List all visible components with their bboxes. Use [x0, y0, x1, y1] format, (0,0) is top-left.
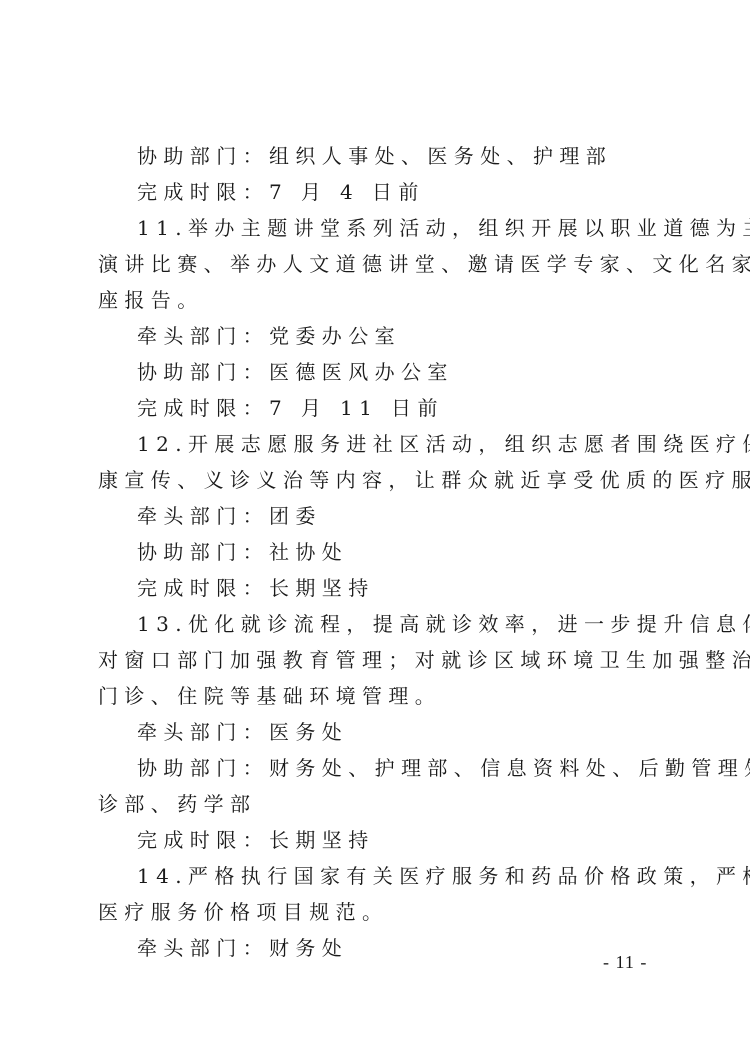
item-11-paragraph: 11.举办主题讲堂系列活动，组织开展以职业道德为主题的 — [98, 210, 663, 246]
lead-department-line: 牵头部门：党委办公室 — [98, 318, 663, 354]
item-11-paragraph-cont: 座报告。 — [98, 282, 663, 318]
item-14-paragraph: 14.严格执行国家有关医疗服务和药品价格政策，严格执行 — [98, 858, 663, 894]
assisting-departments-line: 协助部门：医德医风办公室 — [98, 354, 663, 390]
item-14-paragraph-cont: 医疗服务价格项目规范。 — [98, 894, 663, 930]
lead-department-line: 牵头部门：医务处 — [98, 714, 663, 750]
lead-department-line: 牵头部门：财务处 — [98, 930, 663, 966]
lead-department-line: 牵头部门：团委 — [98, 498, 663, 534]
item-13-paragraph: 13.优化就诊流程，提高就诊效率，进一步提升信息化水平， — [98, 606, 663, 642]
deadline-line: 完成时限：长期坚持 — [98, 822, 663, 858]
item-12-paragraph-cont: 康宣传、义诊义治等内容，让群众就近享受优质的医疗服务。 — [98, 462, 663, 498]
deadline-line: 完成时限：长期坚持 — [98, 570, 663, 606]
deadline-line: 完成时限：7 月 11 日前 — [98, 390, 663, 426]
document-body: 协助部门：组织人事处、医务处、护理部 完成时限：7 月 4 日前 11.举办主题… — [98, 138, 663, 966]
page-number: - 11 - — [603, 952, 647, 973]
assisting-departments-line: 协助部门：社协处 — [98, 534, 663, 570]
deadline-line: 完成时限：7 月 4 日前 — [98, 174, 663, 210]
item-13-paragraph-cont: 对窗口部门加强教育管理；对就诊区域环境卫生加强整治，加强 — [98, 642, 663, 678]
document-page: 协助部门：组织人事处、医务处、护理部 完成时限：7 月 4 日前 11.举办主题… — [0, 0, 750, 1061]
assisting-departments-line: 协助部门：财务处、护理部、信息资料处、后勤管理处、门 — [98, 750, 663, 786]
item-12-paragraph: 12.开展志愿服务进社区活动，组织志愿者围绕医疗保健、健 — [98, 426, 663, 462]
assisting-departments-line: 协助部门：组织人事处、医务处、护理部 — [98, 138, 663, 174]
item-11-paragraph-cont: 演讲比赛、举办人文道德讲堂、邀请医学专家、文化名家开设讲 — [98, 246, 663, 282]
item-13-paragraph-cont: 门诊、住院等基础环境管理。 — [98, 678, 663, 714]
assisting-departments-line-cont: 诊部、药学部 — [98, 786, 663, 822]
